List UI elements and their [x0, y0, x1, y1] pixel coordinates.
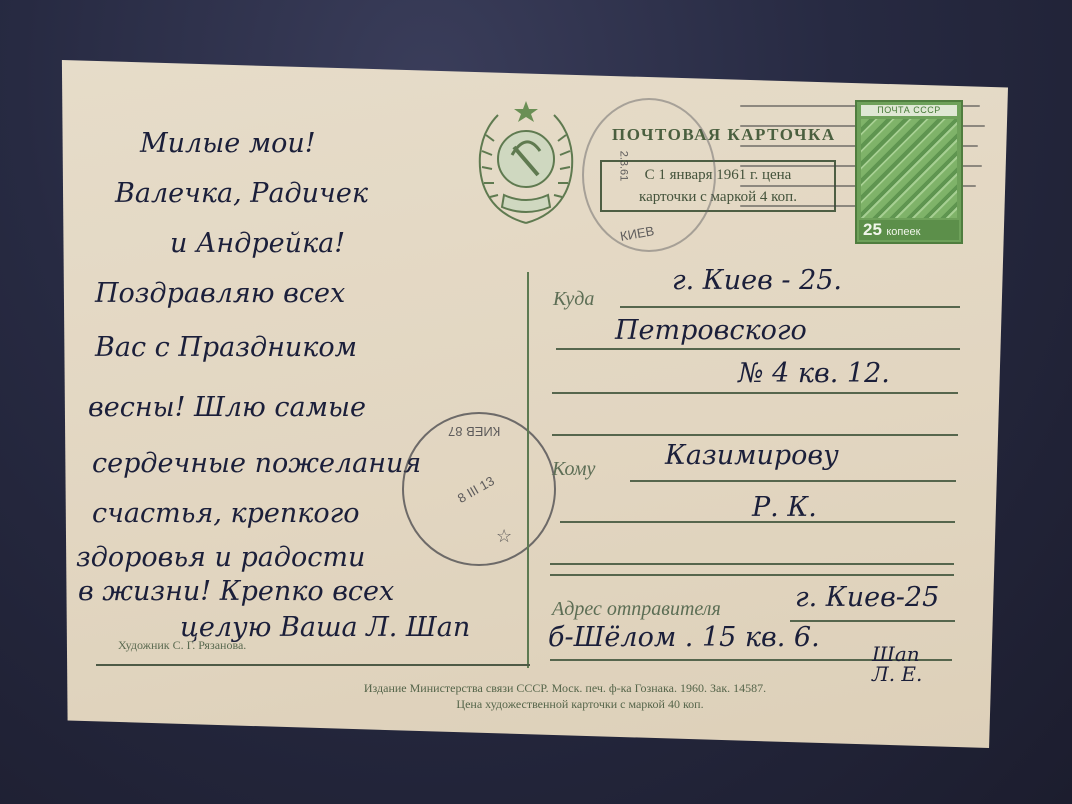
postmark-date: 2.3.61 [617, 151, 629, 182]
stamp-illustration [861, 119, 957, 218]
to-address-line: № 4 кв. 12. [738, 358, 890, 389]
ussr-coat-of-arms-icon [470, 95, 582, 235]
message-line: и Андрейка! [170, 228, 345, 259]
sender-address-line: г. Киев-25 [795, 582, 939, 613]
stamp-denomination: 25 копеек [859, 220, 959, 240]
address-rule [552, 392, 958, 394]
message-line: сердечные пожелания [92, 448, 421, 479]
address-rule [550, 563, 954, 565]
message-line: счастья, крепкого [92, 498, 360, 529]
star-icon: ☆ [496, 526, 512, 547]
message-line: здоровья и радости [76, 542, 365, 573]
postage-stamp: ПОЧТА СССР 25 копеек [855, 100, 963, 244]
address-rule [630, 480, 956, 482]
message-line: Вас с Праздником [95, 332, 357, 363]
address-rule [620, 306, 960, 308]
postmark-city: КИЕВ 87 [448, 424, 500, 439]
vertical-divider [527, 272, 529, 668]
stamp-country-label: ПОЧТА СССР [861, 105, 957, 116]
stamp-unit: копеек [886, 226, 920, 238]
message-line: Поздравляю всех [95, 278, 345, 309]
artist-credit: Художник С. Г. Рязанова. [118, 638, 246, 653]
footer-rule [96, 664, 530, 666]
publisher-imprint: Издание Министерства связи СССР. Моск. п… [230, 680, 890, 712]
postmark-city: КИЕВ [619, 223, 655, 244]
message-line: Милые мои! [140, 128, 316, 159]
message-line: Валечка, Радичек [115, 178, 368, 209]
to-address-line: Петровского [615, 315, 807, 346]
message-line: в жизни! Крепко всех [78, 576, 394, 607]
to-address-line: г. Киев - 25. [672, 265, 842, 296]
sender-address-line: б-Шёлом . 15 кв. 6. [548, 622, 820, 653]
imprint-line2: Цена художественной карточки с маркой 40… [230, 696, 890, 712]
postmark-kiev-87: КИЕВ 87 8 III 13 ☆ [402, 412, 556, 566]
address-rule [556, 348, 960, 350]
postmark-kiev-top: КИЕВ 2.3.61 [582, 98, 716, 252]
sender-signature: Шап Л. Е. [872, 644, 942, 684]
imprint-line1: Издание Министерства связи СССР. Моск. п… [230, 680, 890, 696]
postmark-date: 8 III 13 [455, 473, 497, 506]
address-rule [552, 434, 958, 436]
message-line: весны! Шлю самые [88, 392, 366, 423]
whom-line: Казимирову [665, 440, 839, 471]
stamp-value: 25 [863, 220, 882, 239]
sender-label: Адрес отправителя [552, 598, 721, 621]
to-label: Куда [553, 288, 594, 311]
whom-label: Кому [552, 458, 595, 481]
address-double-rule [550, 574, 954, 576]
whom-line: Р. К. [752, 492, 817, 523]
